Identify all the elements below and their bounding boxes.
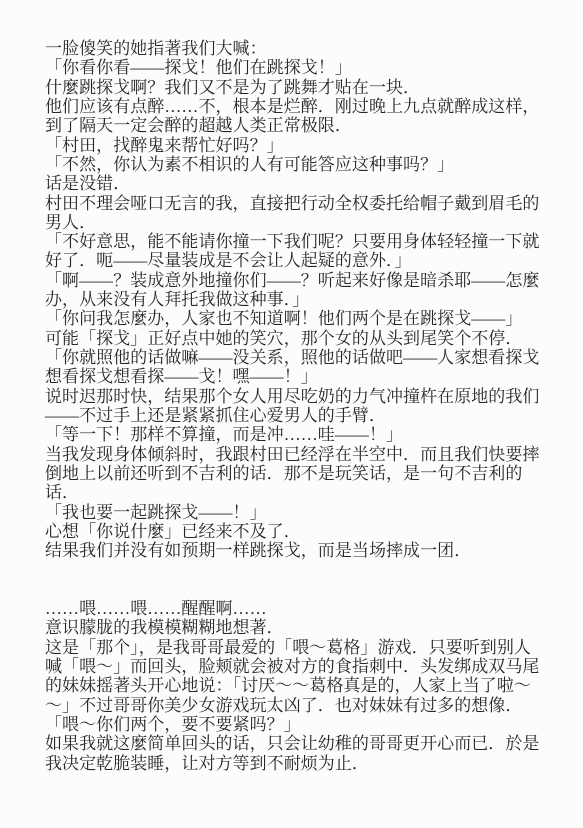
text-line: 好了．呃——尽量装成是不会让人起疑的意外．」 (45, 251, 550, 270)
text-line: 喊「喂～」而回头，脸颊就会被对方的食指刺中．头发绑成双马尾 (45, 657, 550, 676)
text-line: 男人． (45, 213, 550, 232)
text-line: 他们应该有点醉……不，根本是烂醉．刚过晚上九点就醉成这样， (45, 97, 550, 116)
text-line: 「村田，找醉鬼来帮忙好吗？」 (45, 136, 550, 155)
text-line: 「不好意思，能不能请你撞一下我们呢？只要用身体轻轻撞一下就 (45, 232, 550, 251)
text-line: ……喂……喂……醒醒啊…… (45, 599, 550, 618)
text-line: 到了隔天一定会醉的超越人类正常极限． (45, 116, 550, 135)
text-line: 说时迟那时快，结果那个女人用尽吃奶的力气冲撞杵在原地的我们 (45, 387, 550, 406)
text-line: 话． (45, 483, 550, 502)
text-line: 「我也要一起跳探戈——！」 (45, 503, 550, 522)
text-line: 「不然，你认为素不相识的人有可能答应这种事吗？」 (45, 155, 550, 174)
text-line: 「你就照他的话做嘛——没关系，照他的话做吧——人家想看探戈 (45, 348, 550, 367)
text-line: 话是没错． (45, 174, 550, 193)
text-line: 什麼跳探戈啊？我们又不是为了跳舞才贴在一块． (45, 78, 550, 97)
text-line: ～」不过哥哥你美少女游戏玩太凶了．也对妹妹有过多的想像． (45, 696, 550, 715)
text-line: 如果我就这麼简单回头的话，只会让幼稚的哥哥更开心而已．於是 (45, 734, 550, 753)
text-lines: 一脸傻笑的她指著我们大喊：「你看你看——探戈！他们在跳探戈！」什麼跳探戈啊？我们… (45, 39, 550, 773)
text-line: 一脸傻笑的她指著我们大喊： (45, 39, 550, 58)
text-line: 我决定乾脆装睡，让对方等到不耐烦为止． (45, 754, 550, 773)
text-line: 当我发现身体倾斜时，我跟村田已经浮在半空中．而且我们快要摔 (45, 445, 550, 464)
text-line: 可能「探戈」正好点中她的笑穴，那个女的从头到尾笑个不停． (45, 329, 550, 348)
text-line: 这是「那个」，是我哥哥最爱的「喂～葛格」游戏．只要听到别人 (45, 638, 550, 657)
text-line: 「你问我怎麼办，人家也不知道啊！他们两个是在跳探戈——」 (45, 309, 550, 328)
text-line: 「等一下！那样不算撞，而是冲……哇——！」 (45, 425, 550, 444)
text-line: ——不过手上还是紧紧抓住心爱男人的手臂． (45, 406, 550, 425)
text-line: 村田不理会哑口无言的我，直接把行动全权委托给帽子戴到眉毛的 (45, 194, 550, 213)
text-line: 意识朦胧的我模模糊糊地想著． (45, 618, 550, 637)
text-line: 结果我们并没有如预期一样跳探戈，而是当场摔成一团． (45, 541, 550, 560)
text-line: 办，从来没有人拜托我做这种事．」 (45, 290, 550, 309)
text-line: 「你看你看——探戈！他们在跳探戈！」 (45, 58, 550, 77)
text-line (45, 580, 550, 599)
text-line: 心想「你说什麼」已经来不及了． (45, 522, 550, 541)
book-page: 一脸傻笑的她指著我们大喊：「你看你看——探戈！他们在跳探戈！」什麼跳探戈啊？我们… (0, 0, 583, 828)
text-line: 的妹妹摇著头开心地说：「讨厌～～葛格真是的，人家上当了啦～ (45, 676, 550, 695)
text-line: 「喂～你们两个，要不要紧吗？」 (45, 715, 550, 734)
text-line: 「啊——？装成意外地撞你们——？听起来好像是暗杀耶——怎麼 (45, 271, 550, 290)
text-line: 想看探戈想看探——戈！嘿——！」 (45, 367, 550, 386)
text-line (45, 560, 550, 579)
text-line: 倒地上以前还听到不吉利的话．那不是玩笑话，是一句不吉利的 (45, 464, 550, 483)
